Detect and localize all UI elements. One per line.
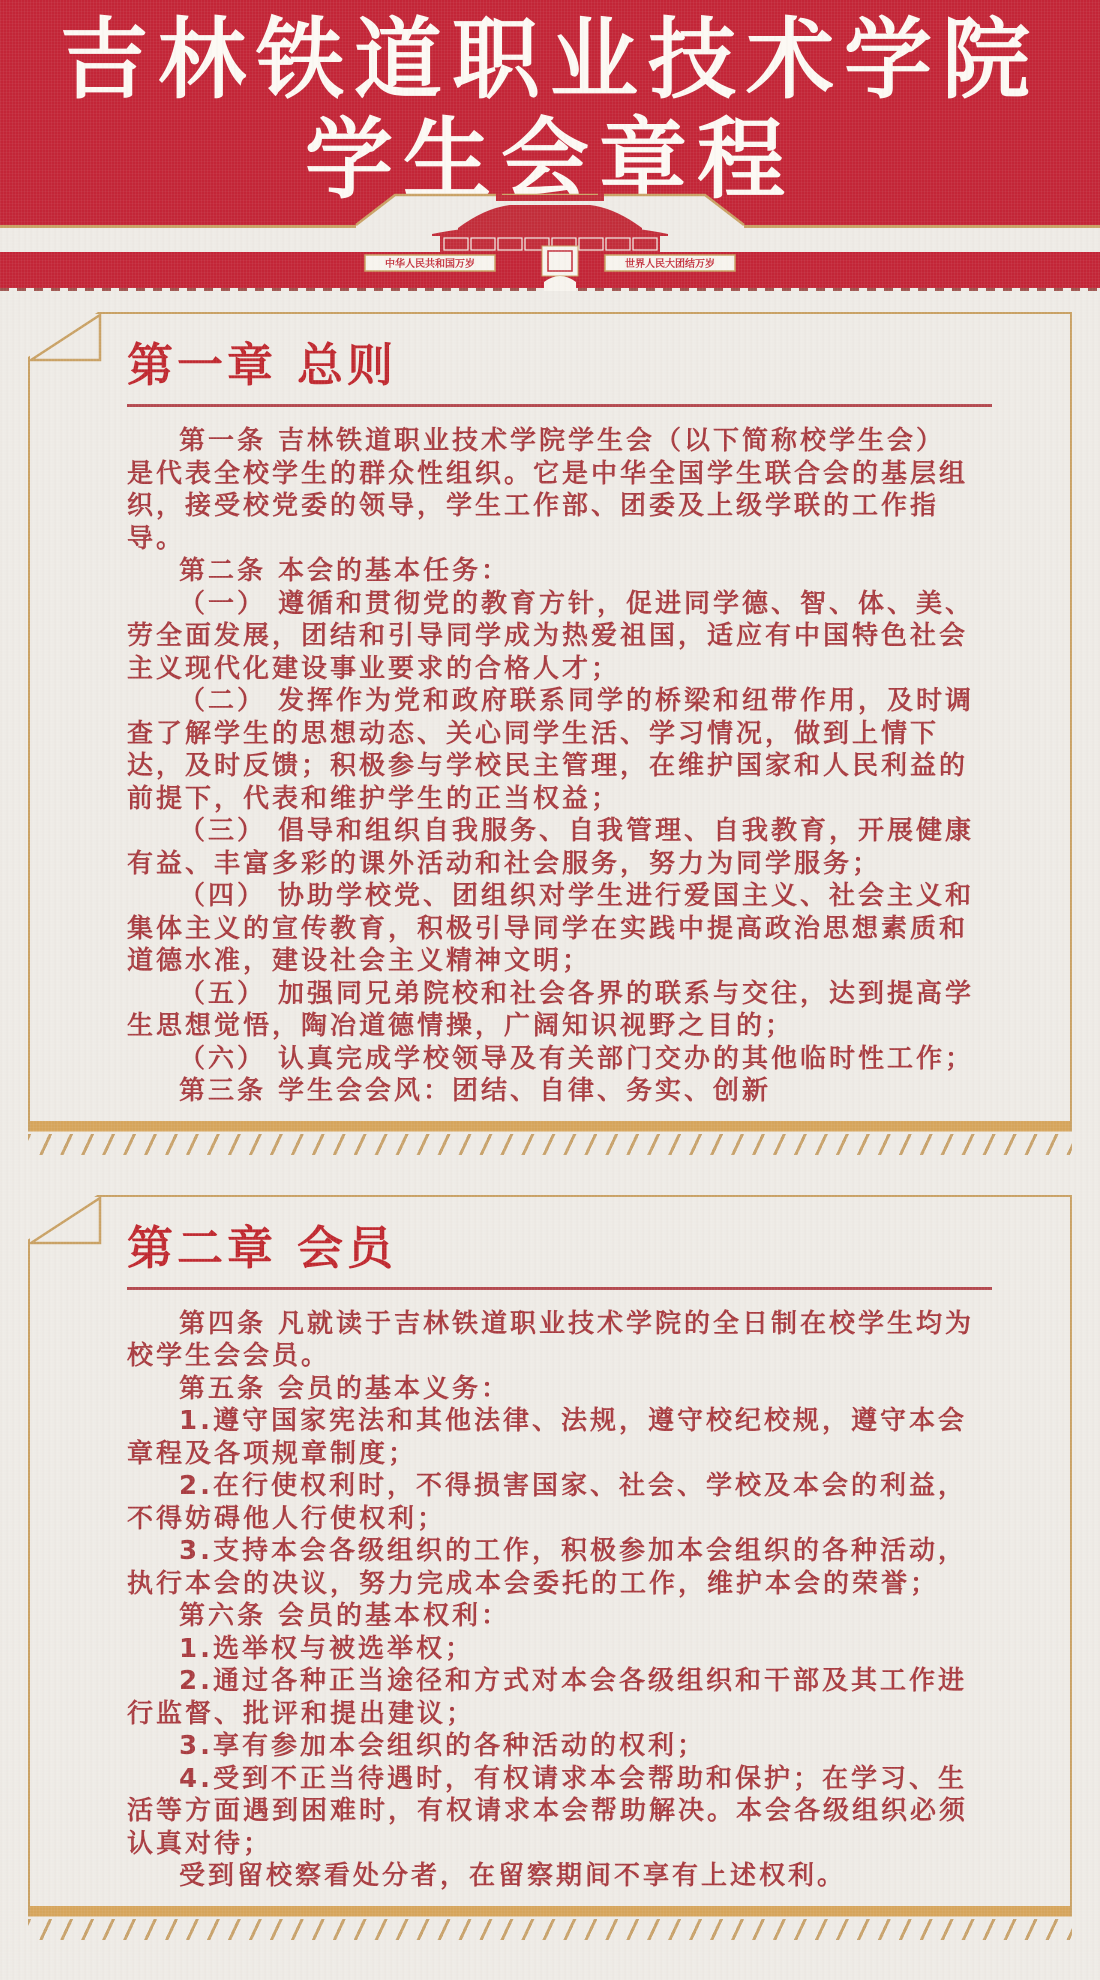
paragraph: 1.遵守国家宪法和其他法律、法规，遵守校纪校规，遵守本会 章程及各项规章制度；	[127, 1405, 1038, 1470]
paragraph: 第二条 本会的基本任务：	[127, 555, 1038, 588]
tiananmen-illustration: 中华人民共和国万岁 世界人民大团结万岁	[340, 190, 760, 292]
paragraph: 3.支持本会各级组织的工作，积极参加本会组织的各种活动， 执行本会的决议，努力完…	[127, 1535, 1038, 1600]
folded-corner-icon	[29, 1196, 105, 1246]
paragraph: 2.在行使权利时，不得损害国家、社会、学校及本会的利益， 不得妨碍他人行使权利；	[127, 1470, 1038, 1535]
paragraph: 1.选举权与被选举权；	[127, 1633, 1038, 1666]
heading-underline	[127, 404, 992, 407]
paragraph: （五） 加强同兄弟院校和社会各界的联系与交往，达到提高学 生思想觉悟，陶冶道德情…	[127, 978, 1038, 1043]
hatch-stripes	[28, 1134, 1072, 1155]
paragraph: 3.享有参加本会组织的各种活动的权利；	[127, 1730, 1038, 1763]
paragraph: 第一条 吉林铁道职业技术学院学生会（以下简称校学生会） 是代表全校学生的群众性组…	[127, 425, 1038, 555]
page: 吉林铁道职业技术学院 学生会章程	[0, 0, 1100, 1980]
right-plaque-text: 世界人民大团结万岁	[625, 257, 715, 270]
paragraph: （三） 倡导和组织自我服务、自我管理、自我教育，开展健康 有益、丰富多彩的课外活…	[127, 815, 1038, 880]
chapter-card-2: 第二章 会员 第四条 凡就读于吉林铁道职业技术学院的全日制在校学生均为 校学生会…	[28, 1195, 1072, 1917]
paragraph: 2.通过各种正当途径和方式对本会各级组织和干部及其工作进 行监督、批评和提出建议…	[127, 1665, 1038, 1730]
chapter-1-body: 第一条 吉林铁道职业技术学院学生会（以下简称校学生会） 是代表全校学生的群众性组…	[127, 425, 1038, 1108]
gold-band	[30, 1121, 1070, 1132]
page-title-line-1: 吉林铁道职业技术学院	[0, 10, 1100, 110]
left-plaque-text: 中华人民共和国万岁	[385, 257, 475, 270]
chapter-card-1: 第一章 总则 第一条 吉林铁道职业技术学院学生会（以下简称校学生会） 是代表全校…	[28, 312, 1072, 1132]
chapter-2-body: 第四条 凡就读于吉林铁道职业技术学院的全日制在校学生均为 校学生会会员。第五条 …	[127, 1308, 1038, 1893]
chapter-1-heading: 第一章 总则	[127, 340, 1038, 390]
paragraph: 受到留校察看处分者，在留察期间不享有上述权利。	[127, 1860, 1038, 1893]
hatch-stripes	[28, 1919, 1072, 1940]
paragraph: （一） 遵循和贯彻党的教育方针，促进同学德、智、体、美、 劳全面发展，团结和引导…	[127, 588, 1038, 686]
paragraph: （二） 发挥作为党和政府联系同学的桥梁和纽带作用，及时调 查了解学生的思想动态、…	[127, 685, 1038, 815]
paragraph: 4.受到不正当待遇时，有权请求本会帮助和保护；在学习、生 活等方面遇到困难时，有…	[127, 1763, 1038, 1861]
gold-band	[30, 1906, 1070, 1917]
paragraph: 第四条 凡就读于吉林铁道职业技术学院的全日制在校学生均为 校学生会会员。	[127, 1308, 1038, 1373]
paragraph: （四） 协助学校党、团组织对学生进行爱国主义、社会主义和 集体主义的宣传教育，积…	[127, 880, 1038, 978]
chapter-2-heading: 第二章 会员	[127, 1223, 1038, 1273]
paragraph: 第六条 会员的基本权利：	[127, 1600, 1038, 1633]
paragraph: （六） 认真完成学校领导及有关部门交办的其他临时性工作；	[127, 1043, 1038, 1076]
monument-decoration: 中华人民共和国万岁 世界人民大团结万岁	[0, 225, 1100, 292]
paragraph: 第五条 会员的基本义务：	[127, 1373, 1038, 1406]
paragraph: 第三条 学生会会风：团结、自律、务实、创新	[127, 1075, 1038, 1108]
folded-corner-icon	[29, 313, 105, 363]
heading-underline	[127, 1287, 992, 1290]
